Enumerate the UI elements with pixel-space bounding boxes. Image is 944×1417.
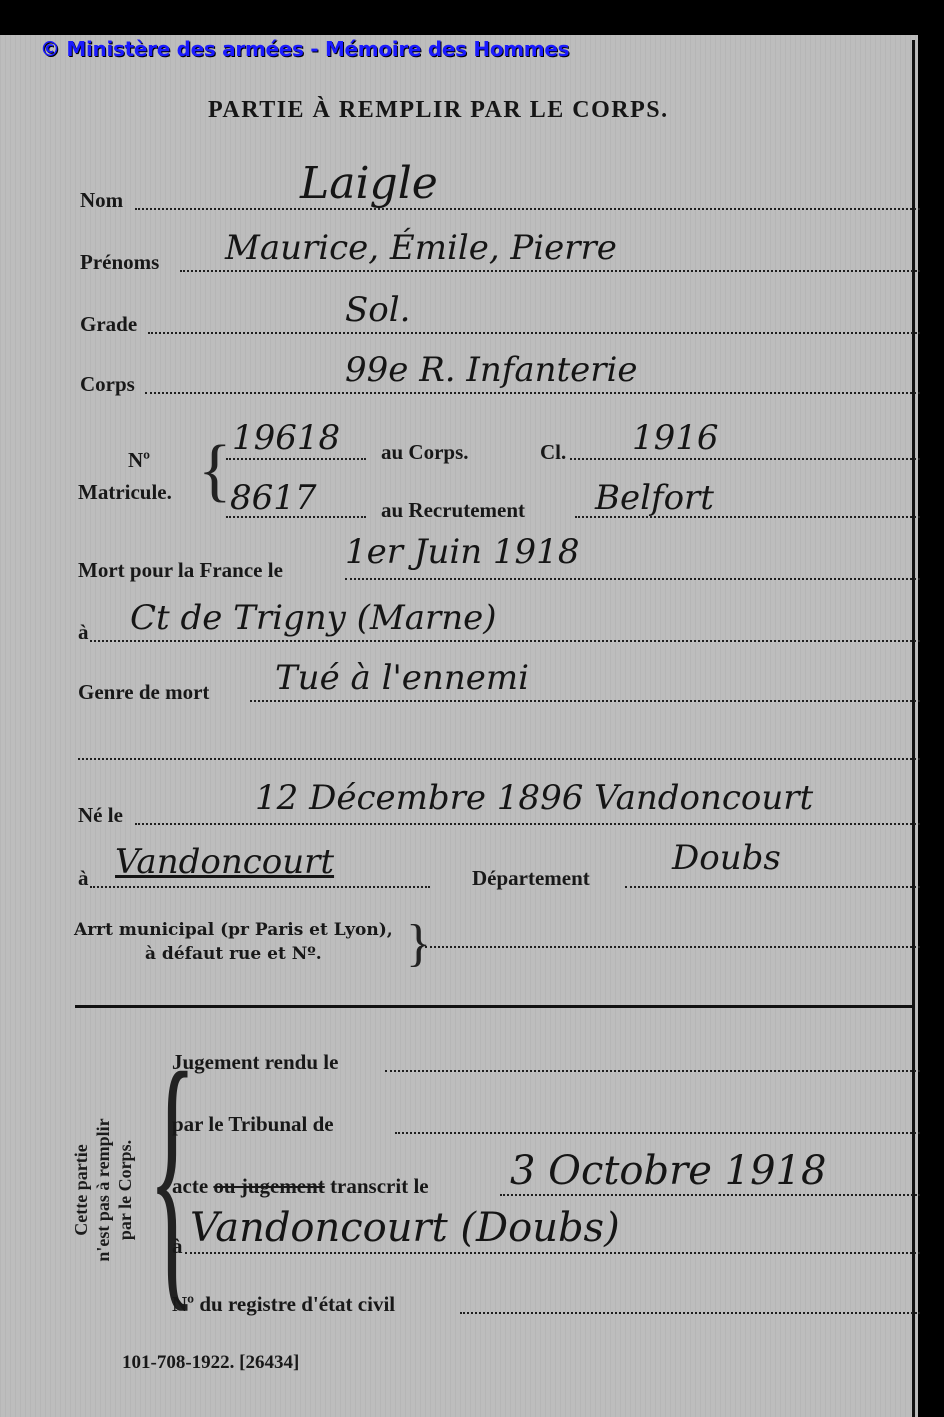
mort-lieu-value: Ct de Trigny (Marne)	[130, 598, 497, 638]
tribunal-label: par le Tribunal de	[172, 1112, 334, 1137]
classe-value: 1916	[632, 418, 719, 458]
transcrit-lieu-value: Vandoncourt (Doubs)	[190, 1205, 620, 1251]
au-recrutement-label: au Recrutement	[381, 498, 525, 523]
naissance-date-value: 12 Décembre 1896 Vandoncourt	[255, 778, 813, 818]
card-edge	[912, 40, 915, 1417]
transcrit-value: 3 Octobre 1918	[510, 1148, 826, 1194]
nom-line	[135, 208, 920, 210]
prenoms-line	[180, 270, 920, 272]
matricule-label: Matricule.	[78, 480, 172, 505]
genre-mort-label: Genre de mort	[78, 680, 209, 705]
grade-label: Grade	[80, 312, 137, 337]
recrutement-no-value: 8617	[230, 478, 317, 518]
corps-label: Corps	[80, 372, 135, 397]
arrondissement-label-1: Arrt municipal (pr Paris et Lyon),	[74, 920, 393, 940]
naissance-date-label: Né le	[78, 803, 123, 828]
arrondissement-brace: }	[406, 918, 431, 970]
recrutement-value: Belfort	[595, 478, 714, 518]
registre-line	[460, 1312, 920, 1314]
grade-line	[148, 332, 920, 334]
departement-label: Département	[472, 866, 590, 891]
classe-label: Cl.	[540, 440, 566, 465]
classe-line	[570, 458, 920, 460]
genre-mort-value: Tué à l'ennemi	[275, 658, 529, 698]
arrondissement-label-2: à défaut rue et Nº.	[145, 944, 322, 964]
nom-value: Laigle	[300, 158, 438, 209]
nom-label: Nom	[80, 188, 123, 213]
jugement-line	[385, 1070, 920, 1072]
transcrit-lieu-label: à	[172, 1234, 183, 1259]
grade-value: Sol.	[345, 290, 410, 330]
mort-date-line	[345, 578, 920, 580]
copyright-watermark: © Ministère des armées - Mémoire des Hom…	[40, 37, 569, 61]
prenoms-label: Prénoms	[80, 250, 159, 275]
corps-value: 99e R. Infanterie	[345, 350, 638, 390]
matricule-brace: {	[198, 436, 232, 506]
transcrit-lieu-line	[185, 1252, 920, 1254]
prenoms-value: Maurice, Émile, Pierre	[225, 228, 617, 268]
naissance-date-line	[135, 823, 920, 825]
corps-no-value: 19618	[232, 418, 340, 458]
jugement-label: Jugement rendu le	[172, 1050, 338, 1075]
naissance-lieu-value: Vandoncourt	[115, 842, 334, 882]
corps-line	[145, 392, 920, 394]
mort-date-value: 1er Juin 1918	[345, 532, 579, 572]
naissance-lieu-line	[90, 886, 430, 888]
mort-lieu-label: à	[78, 620, 89, 645]
mort-lieu-line	[90, 640, 920, 642]
mort-date-label: Mort pour la France le	[78, 558, 283, 583]
transcrit-line	[500, 1194, 920, 1196]
section-divider	[75, 1005, 915, 1008]
no-label: Nº	[128, 448, 150, 473]
genre-mort-line	[250, 700, 920, 702]
corps-no-line	[226, 458, 366, 460]
form-title: PARTIE À REMPLIR PAR LE CORPS.	[208, 97, 669, 124]
print-reference: 101-708-1922. [26434]	[122, 1352, 299, 1374]
au-corps-label: au Corps.	[381, 440, 469, 465]
side-note: Cette partie n'est pas à remplir par le …	[70, 1100, 136, 1280]
transcrit-label: acte ou jugement transcrit le	[172, 1174, 429, 1199]
departement-line	[625, 886, 920, 888]
naissance-lieu-label: à	[78, 866, 89, 891]
arrondissement-line	[425, 946, 920, 948]
extra-line	[78, 758, 920, 760]
departement-value: Doubs	[672, 838, 781, 878]
registre-label: Nº du registre d'état civil	[172, 1292, 395, 1317]
tribunal-line	[395, 1132, 920, 1134]
